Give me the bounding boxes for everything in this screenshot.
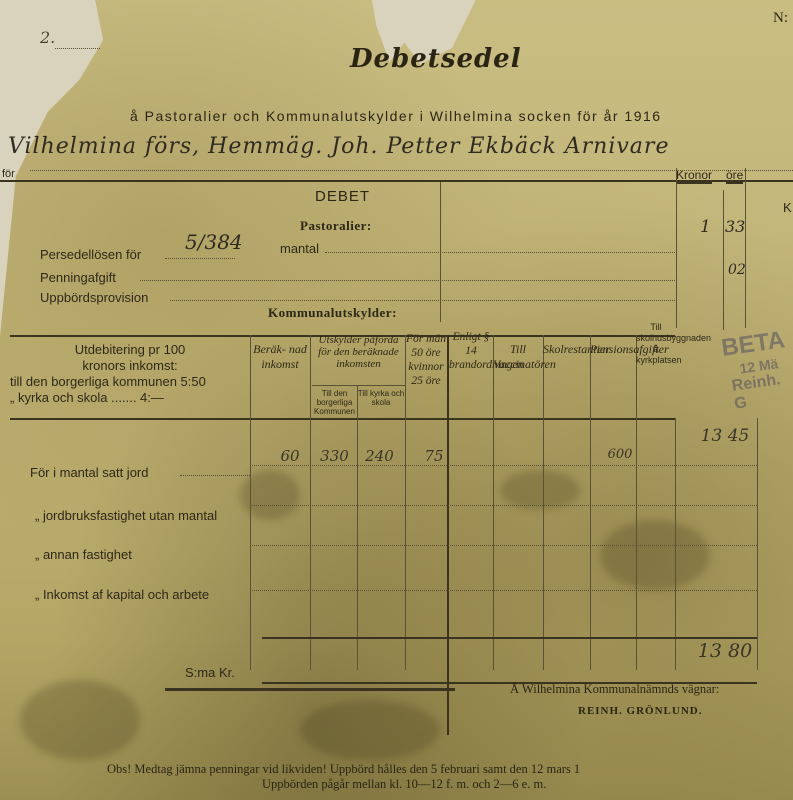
rate-header-line4: „ kyrka och skola ....... 4:— [10,390,250,406]
persedel-label: Persedellösen för [40,247,141,262]
col-line [310,335,311,670]
dotted-line [170,300,675,301]
value-kyrka: 240 [357,447,402,465]
row-dotted-line [250,545,757,546]
signature-divider [165,688,455,691]
penningafgift-ore: 02 [728,262,746,278]
dotted-line [325,252,675,253]
footer-note-line2: Uppbörden pågår mellan kl. 10—12 f. m. o… [262,777,546,792]
value-man-kvinnor: 75 [420,447,448,465]
value-row-total: 13 45 [690,426,760,446]
row-dotted-line [250,505,757,506]
ore-header: öre [726,168,743,184]
rate-header-line3: till den borgerliga kommunen 5:50 [10,374,250,390]
stain [500,470,580,510]
row-label-mantal-jord: För i mantal satt jord [30,465,149,480]
col-header-vaccinator: Till Vaccinatören [493,342,543,372]
value-berakn-inkomst: 60 [272,447,308,465]
stain [240,470,300,520]
document-title: Debetsedel [350,44,522,74]
footer-note-line1: Obs! Medtag jämna penningar vid likviden… [107,762,580,777]
stain [20,680,140,760]
row-dotted-line [250,465,757,466]
persedel-ore: 33 [725,217,745,236]
table-header-rule [10,418,675,420]
col-header-utskylder: Utskylder påförda för den beräknade inko… [312,334,405,370]
col-header-man-kvinnor: För män 50 öre kvinnor 25 öre [405,332,447,388]
dotted-line [55,48,100,49]
sum-top-rule [262,637,757,639]
col-line [250,335,251,670]
rate-header-line1: Utdebitering pr 100 [10,342,250,358]
col-line [357,385,358,670]
debet-heading: DEBET [315,188,370,205]
sum-label: S:ma Kr. [185,665,235,680]
document-subtitle: å Pastoralier och Kommunalutskylder i Wi… [130,108,662,124]
col-header-skolhus: Till skolhusbyggnaden å kyrkplatsen [636,322,676,366]
number-label: N: [773,10,788,27]
signature-name: REINH. GRÖNLUND. [578,705,702,717]
col-line [757,418,758,670]
col-line [493,335,494,670]
header-rule [0,180,793,182]
col-header-pension: Pensionsafgifter [590,342,636,357]
dotted-line [140,280,675,281]
amount-column-line [723,190,724,330]
row-dotted-line [250,590,757,591]
rate-header-line2: kronors inkomst: [10,358,250,374]
amount-column-line [676,168,677,328]
col-header-brandordning: Enligt § 14 brandordningen [449,330,493,372]
value-kommun: 330 [312,447,357,465]
persedel-handwritten-value: 5/384 [185,230,243,254]
col-header-berakn: Beräk- nad inkomst [250,342,310,372]
corner-mark: 2. [40,28,55,47]
col-subheader-kommun: Till den borgerliga Kommunen [312,389,357,416]
col-line [675,418,676,670]
amount-column-line [745,168,746,328]
pastoralier-heading: Pastoralier: [300,218,372,234]
fold-line [447,335,449,735]
kommunal-heading: Kommunalutskylder: [268,305,397,321]
persedel-kronor: 1 [700,217,711,237]
col-line [636,335,637,670]
col-header-skolrestantier: Skolrestantier [543,342,590,357]
payment-stamp: BETA 12 Mä Reinh. G [720,326,793,415]
dotted-line [180,475,250,476]
row-label-jordbruk: „ jordbruksfastighet utan mantal [35,508,217,523]
stain [600,520,710,590]
dotted-line [165,258,235,259]
signature-line1: Å Wilhelmina Kommunalnämnds vägnar: [510,682,719,697]
col-subheader-kyrka: Till kyrka och skola [357,389,405,407]
mantal-label: mantal [280,241,319,256]
sum-total: 13 80 [690,640,760,662]
value-pension: 600 [600,447,640,462]
kronor-header: Kronor [676,168,712,184]
col-line [543,335,544,670]
row-label-inkomst: „ Inkomst af kapital och arbete [35,587,209,602]
col-line [590,335,591,670]
penningafgift-label: Penningafgift [40,270,116,285]
uppbordsprovision-label: Uppbördsprovision [40,290,148,305]
right-edge-mark: K [783,200,792,215]
for-label: för [2,168,15,180]
row-label-annan-fastighet: „ annan fastighet [35,547,132,562]
rate-header: Utdebitering pr 100 kronors inkomst: til… [10,342,250,406]
subheader-line [312,385,405,386]
taxpayer-name-handwritten: Vilhelmina förs, Hemmäg. Joh. Petter Ekb… [8,134,669,159]
stain [300,700,440,760]
